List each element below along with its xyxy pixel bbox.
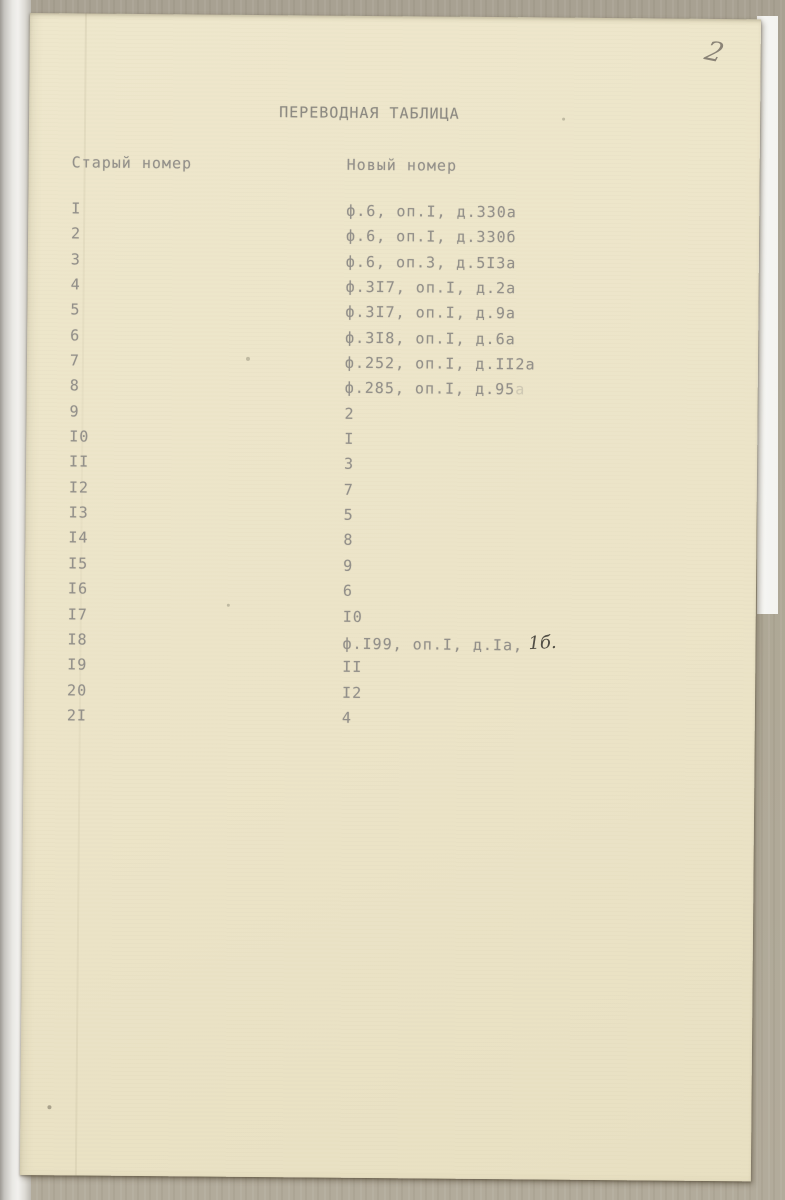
new-number: ф.3I7, оп.I, д.2а [346, 278, 517, 297]
old-number: I [71, 199, 81, 217]
new-number-text: ф.I99, оп.I, д.Iа, [342, 635, 523, 655]
new-number: I2 [342, 683, 362, 701]
old-number: I5 [68, 554, 88, 572]
old-number: 2 [71, 225, 81, 243]
new-number: ф.285, оп.I, д.95а [345, 379, 526, 399]
old-number: 4 [71, 275, 81, 293]
new-number: 9 [343, 557, 353, 575]
new-number: 7 [344, 481, 354, 499]
old-number: 7 [70, 351, 80, 369]
old-number: 6 [70, 326, 80, 344]
handwritten-page-number: 2 [701, 36, 727, 69]
paper-speck [562, 118, 565, 121]
new-number: ф.252, оп.I, д.II2а [345, 354, 536, 374]
new-number-text: ф.285, оп.I, д.95 [345, 379, 516, 398]
new-number: ф.6, оп.3, д.5I3а [346, 252, 517, 271]
old-number: I4 [68, 529, 88, 547]
new-number: 2 [344, 405, 354, 423]
new-number: II [342, 658, 362, 676]
old-number: 5 [70, 301, 80, 319]
old-number: I7 [68, 605, 88, 623]
translation-table: I ф.6, оп.I, д.330а 2 ф.6, оп.I, д.330б … [24, 199, 760, 738]
new-number: 8 [343, 531, 353, 549]
new-number: ф.I99, оп.I, д.Iа,1б. [342, 633, 556, 656]
faded-suffix: а [515, 381, 525, 399]
new-number: 3 [344, 455, 354, 473]
new-number: ф.3I8, оп.I, д.6а [345, 328, 516, 347]
column-header-new: Новый номер [347, 156, 457, 175]
scanned-document: 2 ПЕРЕВОДНАЯ ТАБЛИЦА Старый номер Новый … [0, 0, 785, 1200]
new-number: ф.6, оп.I, д.330а [346, 202, 517, 221]
old-number: I2 [69, 478, 89, 496]
old-number: 3 [71, 250, 81, 268]
new-number: 4 [342, 709, 352, 727]
new-number: I [344, 430, 354, 448]
old-number: I3 [69, 503, 89, 521]
old-number: 2I [67, 706, 87, 724]
new-number: 6 [343, 582, 353, 600]
old-number: I8 [67, 630, 87, 648]
page-title: ПЕРЕВОДНАЯ ТАБЛИЦА [279, 103, 460, 123]
old-number: I9 [67, 656, 87, 674]
old-number: I0 [69, 427, 89, 445]
handwritten-suffix: 1б. [528, 632, 557, 654]
new-number: ф.6, оп.I, д.330б [346, 227, 517, 246]
paper-sheet: 2 ПЕРЕВОДНАЯ ТАБЛИЦА Старый номер Новый … [20, 13, 761, 1181]
new-number: I0 [343, 607, 363, 625]
new-number: 5 [344, 506, 354, 524]
column-header-old: Старый номер [72, 153, 193, 172]
old-number: I6 [68, 580, 88, 598]
old-number: 20 [67, 681, 87, 699]
old-number: 9 [69, 402, 79, 420]
new-number: ф.3I7, оп.I, д.9а [345, 303, 516, 322]
table-row: 2I 4 [24, 706, 755, 738]
old-number: II [69, 453, 89, 471]
old-number: 8 [70, 377, 80, 395]
paper-speck [47, 1105, 51, 1109]
